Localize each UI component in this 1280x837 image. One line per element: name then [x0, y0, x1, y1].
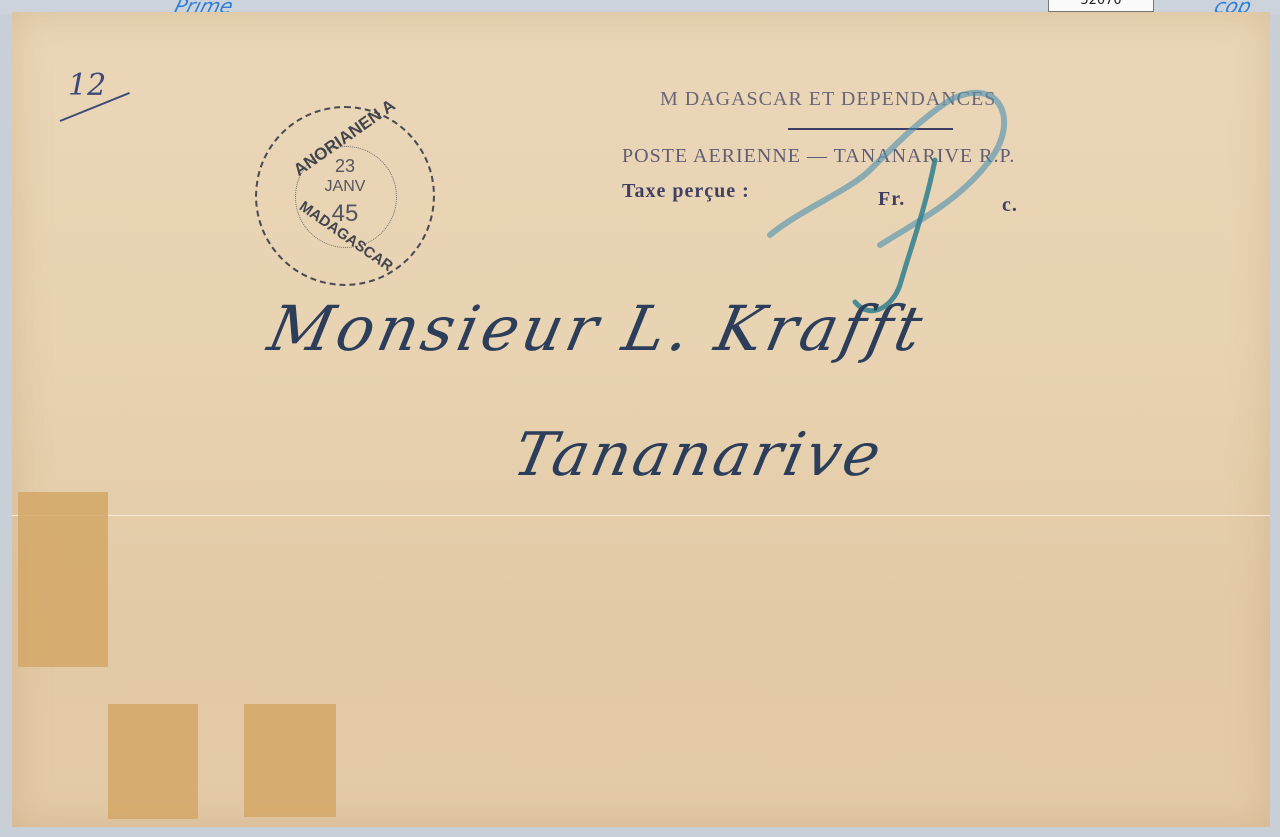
tape-remnant-bottom-2 — [244, 704, 336, 817]
recipient-name: Monsieur L. Krafft — [262, 292, 932, 365]
recipient-city: Tananarive — [508, 420, 890, 490]
tape-remnant-left — [18, 492, 108, 667]
tape-remnant-bottom-1 — [108, 704, 198, 819]
fold-crease — [12, 515, 1270, 516]
postmark-day: 23 — [257, 156, 433, 177]
handstamp-tax-label: Taxe perçue : — [622, 180, 750, 203]
postmark-month: JANV — [257, 178, 433, 196]
catalog-label: 52070 — [1048, 0, 1154, 12]
postmark: ANORIANEN A MADAGASCAR 23 JANV 45 — [255, 106, 435, 286]
postmark-year: 45 — [257, 200, 433, 228]
pencil-note: 12 — [68, 68, 106, 103]
